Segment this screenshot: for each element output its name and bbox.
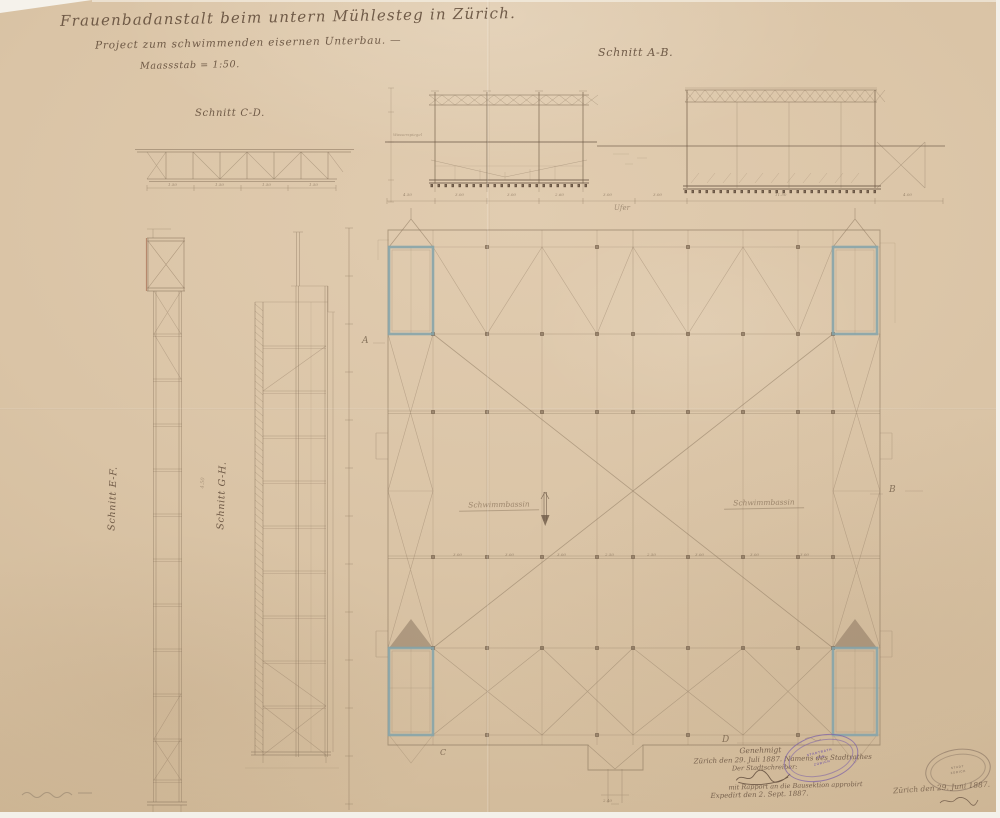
archival-mark — [20, 788, 100, 800]
dim-label: 3.00 — [653, 192, 662, 197]
signature-scribble — [938, 795, 980, 807]
section-marker-a: A — [362, 336, 369, 346]
dim-label: 11.50 — [775, 192, 786, 197]
gh-hatch-band — [255, 304, 263, 752]
dim-label: 3.00 — [507, 192, 516, 197]
dim-label: 1.50 — [168, 182, 177, 187]
dim-label: 4.00 — [903, 192, 912, 197]
approval-line: Expedirt den 2. Sept. 1887. — [711, 789, 809, 800]
basin-label-left: Schwimmbassin — [459, 499, 539, 511]
dim-label: 2.50 — [647, 552, 656, 557]
ef-section — [143, 229, 191, 813]
section-marker-c: C — [440, 748, 446, 757]
dim-label: 1.50 — [309, 182, 318, 187]
waterline-label: Wasserspiegel — [393, 132, 422, 137]
scan-edge-right — [996, 0, 1000, 818]
basin-label-right: Schwimmbassin — [724, 497, 804, 509]
section-marker-b: B — [889, 485, 896, 495]
cd-dim-labels: 1.50 1.50 1.50 1.50 — [133, 136, 358, 198]
dim-label: 3.00 — [750, 552, 759, 557]
dim-label: 2.50 — [605, 552, 614, 557]
gh-rungs — [263, 346, 326, 709]
dim-label: 3.00 — [800, 552, 809, 557]
label-schnitt-cd: Schnitt C-D. — [195, 108, 265, 119]
dim-label: 3.00 — [455, 192, 464, 197]
gh-section — [245, 228, 353, 810]
scan-edge-bottom — [0, 812, 1000, 818]
dim-label: 2.60 — [555, 192, 564, 197]
dim-label: 4.50 — [403, 192, 412, 197]
dim-label: 3.00 — [453, 552, 462, 557]
drawing-scale: Maassstab = 1:50. — [140, 59, 240, 72]
ef-rungs — [153, 334, 182, 783]
ab-dim-labels: Wasserspiegel 4.50 3.00 3.00 2.60 3.00 3… — [385, 80, 950, 210]
sections-ef-gh-drawing — [95, 222, 365, 817]
scan-edge-top — [92, 0, 1000, 2]
horizontal-fold-crease — [0, 408, 1000, 410]
approval-line: Genehmigt — [739, 745, 781, 755]
label-schnitt-ab: Schnitt A-B. — [598, 46, 673, 59]
drawing-sheet: Frauenbadanstalt beim untern Mühlesteg i… — [0, 0, 1000, 818]
dim-label: 1.50 — [262, 182, 271, 187]
drawing-title: Frauenbadanstalt beim untern Mühlesteg i… — [60, 4, 516, 30]
dim-label: 3.00 — [695, 552, 704, 557]
drawing-subtitle: Project zum schwimmenden eisernen Unterb… — [95, 34, 402, 51]
dim-label: 3.00 — [557, 552, 566, 557]
shore-label: Ufer — [614, 204, 630, 212]
plan-dim-labels: 3.00 3.00 3.00 2.50 2.50 3.00 3.00 3.00 … — [365, 203, 930, 815]
dim-label: 3.00 — [505, 552, 514, 557]
dim-label: 3.00 — [603, 192, 612, 197]
dim-label: 2.40 — [603, 798, 612, 803]
dim-label: 1.50 — [215, 182, 224, 187]
